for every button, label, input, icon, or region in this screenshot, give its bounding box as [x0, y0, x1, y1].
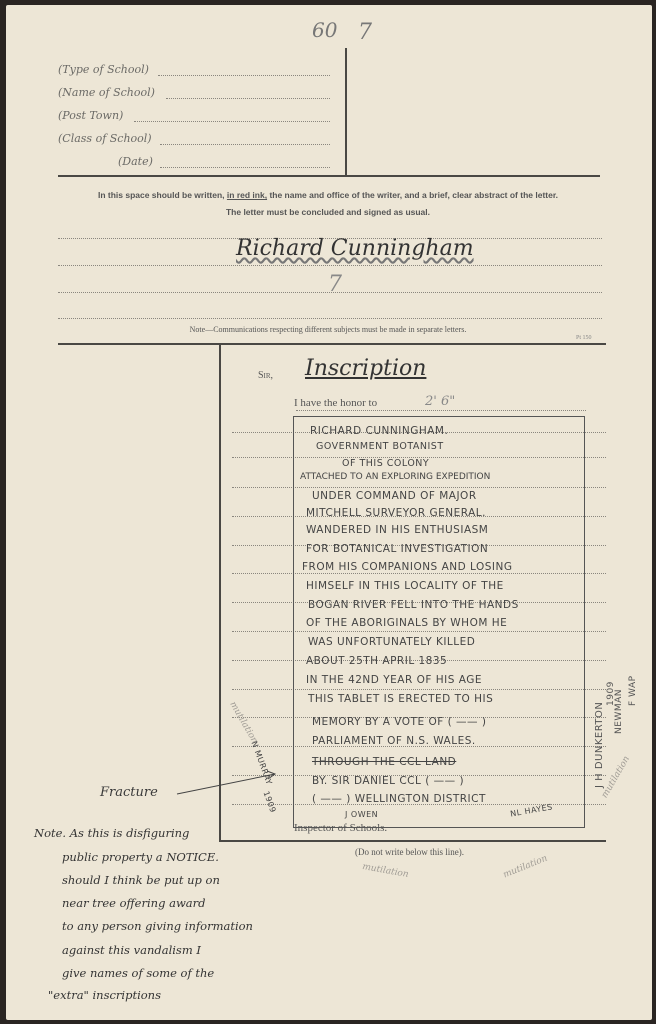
note-line: "extra" inscriptions: [48, 988, 161, 1002]
inscription-line: IN THE 42ND YEAR OF HIS AGE: [306, 674, 482, 686]
note-line: public property a NOTICE.: [62, 850, 219, 864]
letter-margin-rule: [219, 345, 221, 840]
circled-mark: 7: [328, 272, 342, 297]
honor-dotline: [296, 410, 586, 411]
inscription-heading: Inscription: [305, 356, 426, 381]
inscription-line: ATTACHED TO AN EXPLORING EXPEDITION: [300, 472, 490, 482]
form-code: Pt 150: [576, 335, 592, 341]
date-label: (Date): [118, 155, 153, 168]
note-footer: Note—Communications respecting different…: [0, 325, 656, 334]
inscription-line: THIS TABLET IS ERECTED TO HIS: [308, 693, 493, 705]
extra-name-fwap: F WAP: [628, 675, 638, 706]
abstract-line-4: [58, 318, 602, 319]
inscription-line: FROM HIS COMPANIONS AND LOSING: [302, 561, 513, 573]
post-town-line: [134, 121, 330, 122]
note-line: give names of some of the: [62, 966, 214, 980]
name-of-school-label: (Name of School): [58, 86, 155, 99]
inscription-line: OF THE ABORIGINALS BY WHOM HE: [306, 617, 507, 629]
inscription-line: MITCHELL SURVEYOR GENERAL.: [306, 507, 486, 519]
honor-line: I have the honor to: [294, 397, 377, 409]
instruction-line-2: The letter must be concluded and signed …: [0, 207, 656, 217]
folio-mark-60: 60: [312, 18, 337, 42]
extra-name-dunkerton: J H DUNKERTON: [594, 702, 605, 788]
inscription-line: BY. SIR DANIEL CCL ( —— ): [312, 775, 464, 787]
type-of-school-line: [158, 75, 330, 76]
note-line: should I think be put up on: [62, 873, 220, 887]
inscription-line: HIMSELF IN THIS LOCALITY OF THE: [306, 580, 504, 592]
inscription-line-struck: THROUGH THE CCL LAND: [312, 756, 456, 768]
salutation: Sir,: [258, 370, 273, 381]
letter-bottom-rule: [219, 840, 606, 842]
inscription-line: GOVERNMENT BOTANIST: [316, 441, 444, 452]
note-line: against this vandalism I: [62, 943, 201, 957]
note-line: near tree offering award: [62, 896, 206, 910]
inscription-line: OF THIS COLONY: [342, 458, 429, 469]
inscription-line: FOR BOTANICAL INVESTIGATION: [306, 543, 488, 555]
measurement: 2' 6": [425, 394, 455, 409]
fracture-annotation: Fracture: [100, 785, 158, 800]
inscription-line: BOGAN RIVER FELL INTO THE HANDS: [308, 599, 519, 611]
instruction-line-1: In this space should be written, in red …: [0, 190, 656, 200]
folio-mark-7: 7: [358, 20, 372, 45]
inscription-line: ABOUT 25TH APRIL 1835: [306, 655, 447, 667]
header-divider: [345, 48, 347, 176]
date-line: [160, 167, 330, 168]
header-rule: [58, 175, 600, 177]
inspector-of-schools: Inspector of Schools.: [294, 822, 387, 834]
do-not-write-notice: (Do not write below this line).: [355, 847, 464, 857]
extra-name-owen: J OWEN: [345, 810, 378, 819]
inscription-line: MEMORY BY A VOTE OF ( —— ): [312, 716, 486, 728]
signature-richard-cunningham: Richard Cunningham: [236, 236, 474, 261]
note-line: Note. As this is disfiguring: [34, 826, 189, 840]
inscription-line: WAS UNFORTUNATELY KILLED: [308, 636, 475, 648]
red-ink-emphasis: in red ink,: [227, 190, 267, 200]
class-of-school-label: (Class of School): [58, 132, 152, 145]
extra-name-newman: NEWMAN: [614, 689, 624, 734]
inscription-line: WANDERED IN HIS ENTHUSIASM: [306, 524, 488, 536]
type-of-school-label: (Type of School): [58, 63, 149, 76]
abstract-rule: [58, 343, 606, 345]
note-line: to any person giving information: [62, 919, 253, 933]
inscription-line: PARLIAMENT OF N.S. WALES.: [312, 735, 476, 747]
inscription-line: ( —— ) WELLINGTON DISTRICT: [312, 793, 486, 805]
class-of-school-line: [160, 144, 330, 145]
post-town-label: (Post Town): [58, 109, 123, 122]
inscription-line: RICHARD CUNNINGHAM.: [310, 425, 448, 437]
inscription-line: UNDER COMMAND OF MAJOR: [312, 490, 477, 502]
name-of-school-line: [166, 98, 330, 99]
fracture-arrow-icon: [175, 768, 285, 798]
abstract-line-2: [58, 265, 602, 266]
